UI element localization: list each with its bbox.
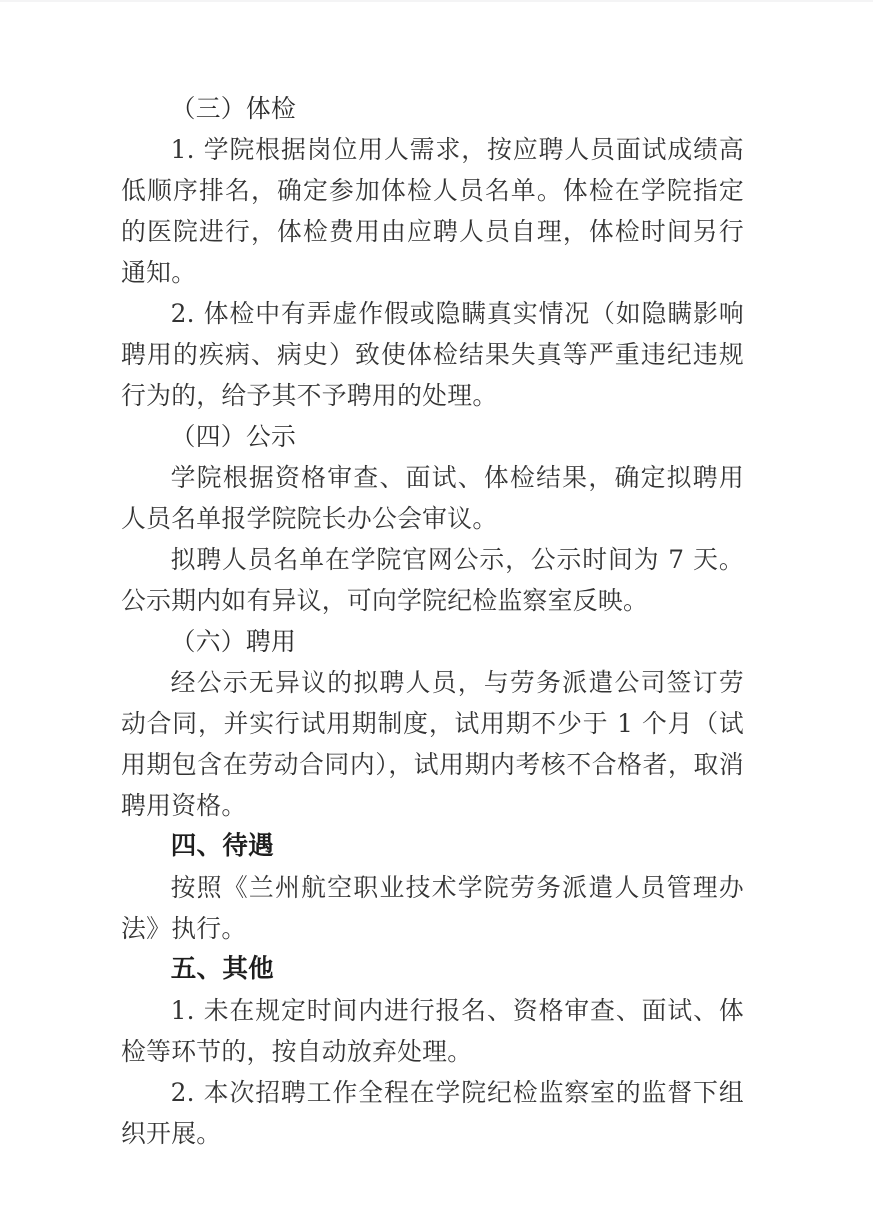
paragraph: 1. 学院根据岗位用人需求，按应聘人员面试成绩高低顺序排名，确定参加体检人员名单…	[121, 129, 744, 293]
sub-section-heading: （四）公示	[121, 416, 744, 457]
paragraph: 1. 未在规定时间内进行报名、资格审查、面试、体检等环节的，按自动放弃处理。	[121, 990, 744, 1072]
document-page: （三）体检1. 学院根据岗位用人需求，按应聘人员面试成绩高低顺序排名，确定参加体…	[0, 0, 873, 1217]
sub-section-heading: （三）体检	[121, 88, 744, 129]
section-heading: 四、待遇	[121, 826, 744, 867]
document-body: （三）体检1. 学院根据岗位用人需求，按应聘人员面试成绩高低顺序排名，确定参加体…	[121, 88, 744, 1154]
paragraph: 学院根据资格审查、面试、体检结果，确定拟聘用人员名单报学院院长办公会审议。	[121, 457, 744, 539]
sub-section-heading: （六）聘用	[121, 621, 744, 662]
section-heading: 五、其他	[121, 949, 744, 990]
paragraph: 按照《兰州航空职业技术学院劳务派遣人员管理办法》执行。	[121, 867, 744, 949]
paragraph: 2. 本次招聘工作全程在学院纪检监察室的监督下组织开展。	[121, 1072, 744, 1154]
paragraph: 拟聘人员名单在学院官网公示，公示时间为 7 天。公示期内如有异议，可向学院纪检监…	[121, 539, 744, 621]
paragraph: 经公示无异议的拟聘人员，与劳务派遣公司签订劳动合同，并实行试用期制度，试用期不少…	[121, 662, 744, 826]
paragraph: 2. 体检中有弄虚作假或隐瞒真实情况（如隐瞒影响聘用的疾病、病史）致使体检结果失…	[121, 293, 744, 416]
